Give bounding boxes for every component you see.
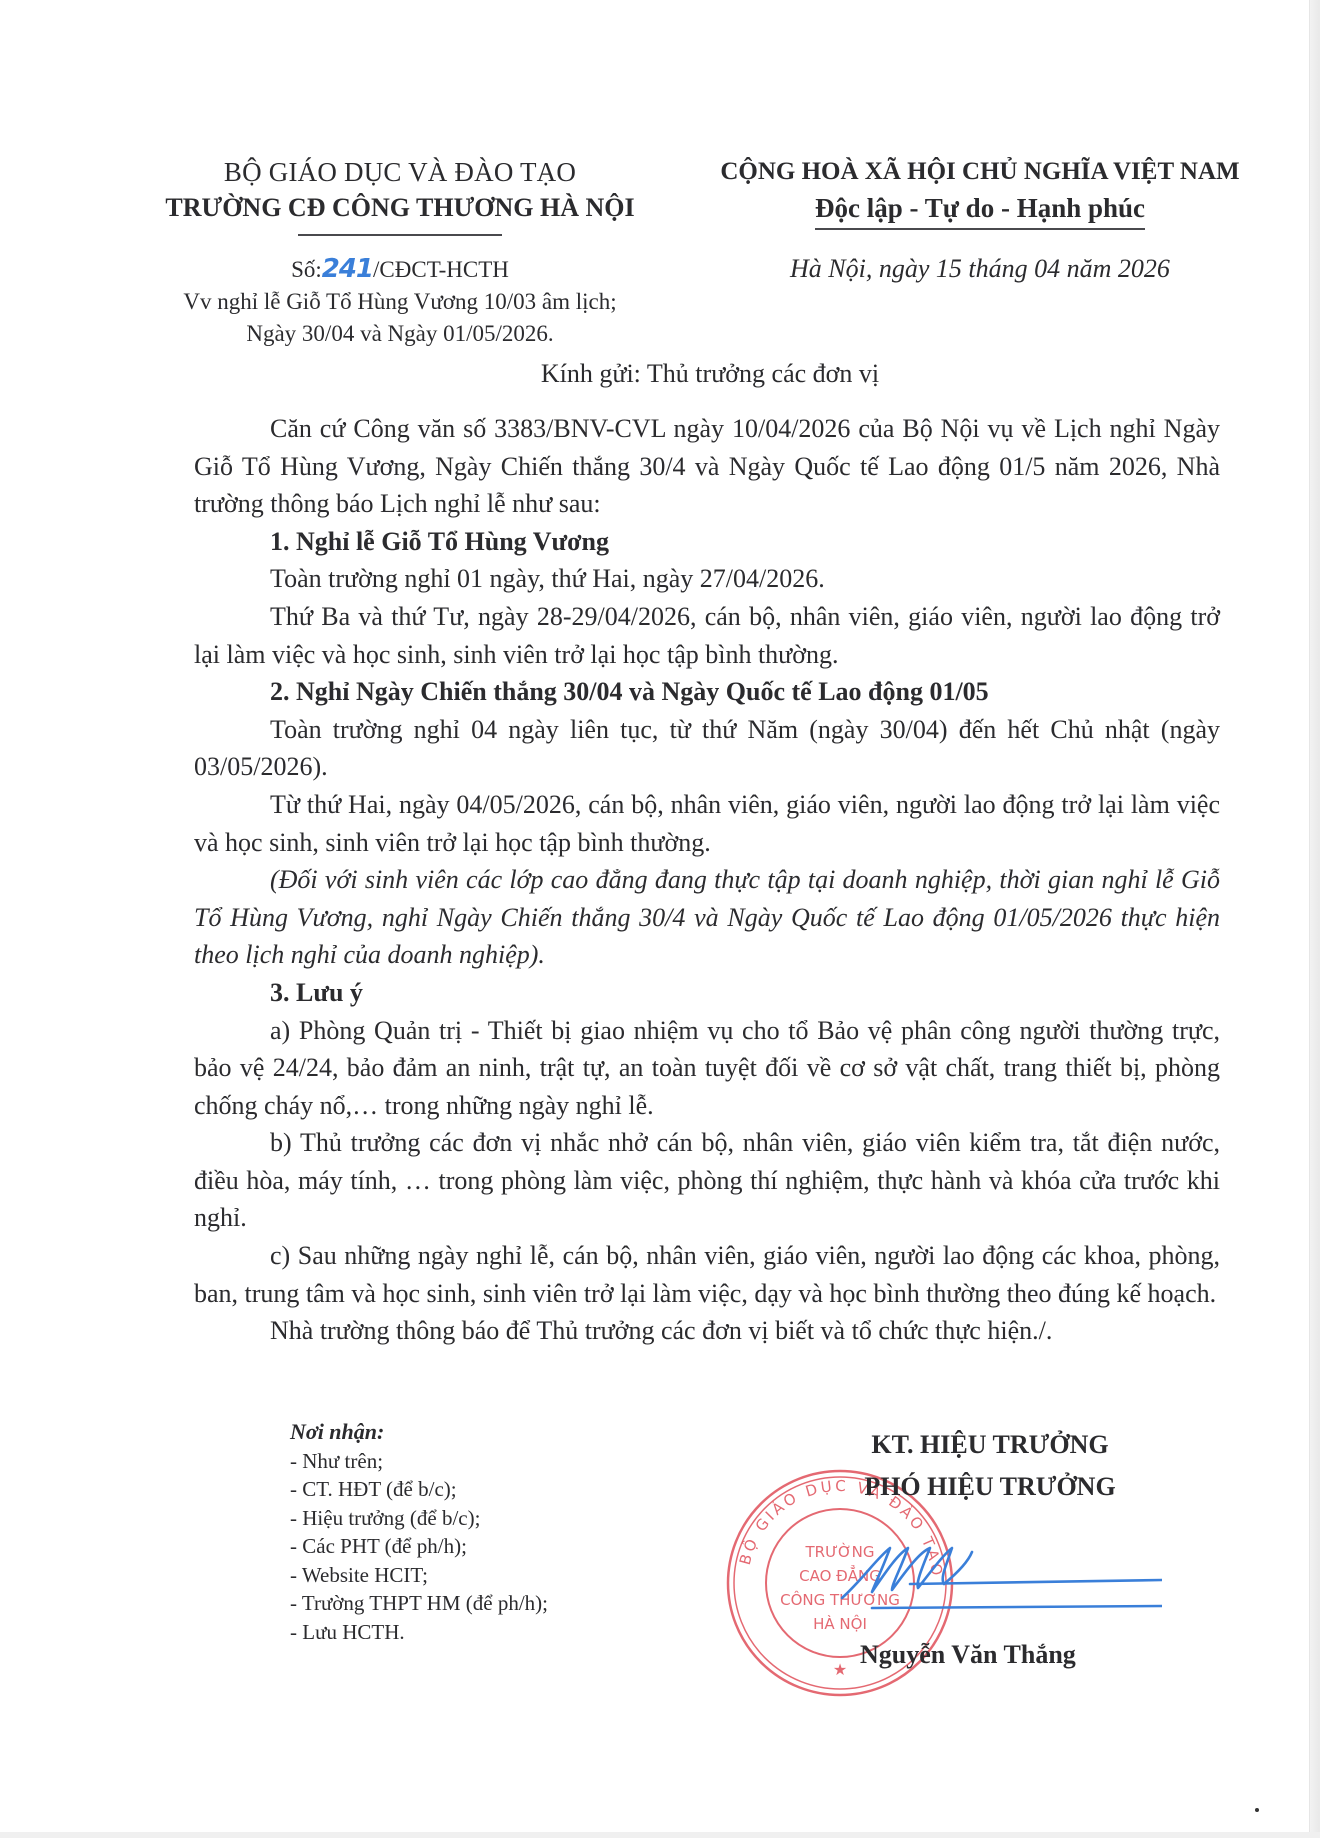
signature-title-1: KT. HIỆU TRƯỞNG [780, 1424, 1200, 1466]
section-3-heading: 3. Lưu ý [194, 974, 1220, 1012]
recipient-item: - Website HCIT; [290, 1561, 548, 1590]
recipient-item: - Lưu HCTH. [290, 1618, 548, 1647]
page-edge [1309, 0, 1320, 1838]
header-left-rule [298, 234, 502, 236]
section-3-b: b) Thủ trưởng các đơn vị nhắc nhở cán bộ… [194, 1124, 1220, 1237]
salutation: Kính gửi: Thủ trưởng các đơn vị [180, 356, 1240, 392]
national-motto: Độc lập - Tự do - Hạnh phúc [815, 190, 1145, 230]
section-2-heading: 2. Nghỉ Ngày Chiến thắng 30/04 và Ngày Q… [194, 673, 1220, 711]
recipient-item: - Trường THPT HM (để ph/h); [290, 1589, 548, 1618]
section-2-note: (Đối với sinh viên các lớp cao đẳng đang… [194, 861, 1220, 974]
section-1-heading: 1. Nghỉ lễ Giỗ Tổ Hùng Vương [194, 523, 1220, 561]
handwritten-signature-icon [832, 1540, 1162, 1610]
ministry-name: BỘ GIÁO DỤC VÀ ĐÀO TẠO [150, 154, 650, 190]
document-number-block: Số:241/CĐCT-HCTH Vv nghỉ lễ Giỗ Tổ Hùng … [150, 253, 650, 350]
section-2-p1: Toàn trường nghỉ 04 ngày liên tục, từ th… [194, 711, 1220, 786]
recipient-item: - Hiệu trưởng (để b/c); [290, 1504, 548, 1533]
intro-paragraph: Căn cứ Công văn số 3383/BNV-CVL ngày 10/… [194, 410, 1220, 523]
stamp-line-4: HÀ NỘI [813, 1614, 867, 1633]
recipient-item: - Các PHT (để ph/h); [290, 1532, 548, 1561]
recipients-list: Nơi nhận: - Như trên; - CT. HĐT (để b/c)… [290, 1418, 548, 1646]
date-line: Hà Nội, ngày 15 tháng 04 năm 2026 [790, 253, 1170, 285]
closing-paragraph: Nhà trường thông báo để Thủ trưởng các đ… [194, 1312, 1220, 1350]
recipient-item: - CT. HĐT (để b/c); [290, 1475, 548, 1504]
recipient-item: - Như trên; [290, 1447, 548, 1476]
page-bottom-edge [0, 1832, 1320, 1838]
document-number: Số:241/CĐCT-HCTH [150, 253, 650, 286]
national-header: CỘNG HOÀ XÃ HỘI CHỦ NGHĨA VIỆT NAM Độc l… [700, 154, 1260, 230]
issuing-authority: BỘ GIÁO DỤC VÀ ĐÀO TẠO TRƯỜNG CĐ CÔNG TH… [150, 154, 650, 236]
stamp-star-icon: ★ [833, 1660, 847, 1679]
document-body: Căn cứ Công văn số 3383/BNV-CVL ngày 10/… [194, 410, 1220, 1350]
signature-block: KT. HIỆU TRƯỞNG PHÓ HIỆU TRƯỞNG [780, 1424, 1200, 1508]
number-suffix: /CĐCT-HCTH [373, 257, 509, 282]
republic-name: CỘNG HOÀ XÃ HỘI CHỦ NGHĨA VIỆT NAM [700, 154, 1260, 190]
signature-title-2: PHÓ HIỆU TRƯỞNG [780, 1466, 1200, 1508]
scan-speck [1255, 1808, 1259, 1812]
section-1-p1: Toàn trường nghỉ 01 ngày, thứ Hai, ngày … [194, 560, 1220, 598]
signer-name: Nguyễn Văn Thắng [860, 1640, 1076, 1670]
section-3-a: a) Phòng Quản trị - Thiết bị giao nhiệm … [194, 1012, 1220, 1125]
number-prefix: Số: [291, 257, 322, 282]
subject-line-2: Ngày 30/04 và Ngày 01/05/2026. [150, 318, 650, 350]
school-name: TRƯỜNG CĐ CÔNG THƯƠNG HÀ NỘI [150, 190, 650, 226]
section-2-p2: Từ thứ Hai, ngày 04/05/2026, cán bộ, nhâ… [194, 786, 1220, 861]
section-1-p2: Thứ Ba và thứ Tư, ngày 28-29/04/2026, cá… [194, 598, 1220, 673]
section-3-c: c) Sau những ngày nghỉ lễ, cán bộ, nhân … [194, 1237, 1220, 1312]
handwritten-number: 241 [322, 254, 373, 284]
subject-line-1: Vv nghỉ lễ Giỗ Tổ Hùng Vương 10/03 âm lị… [150, 286, 650, 318]
recipients-title: Nơi nhận: [290, 1418, 548, 1447]
